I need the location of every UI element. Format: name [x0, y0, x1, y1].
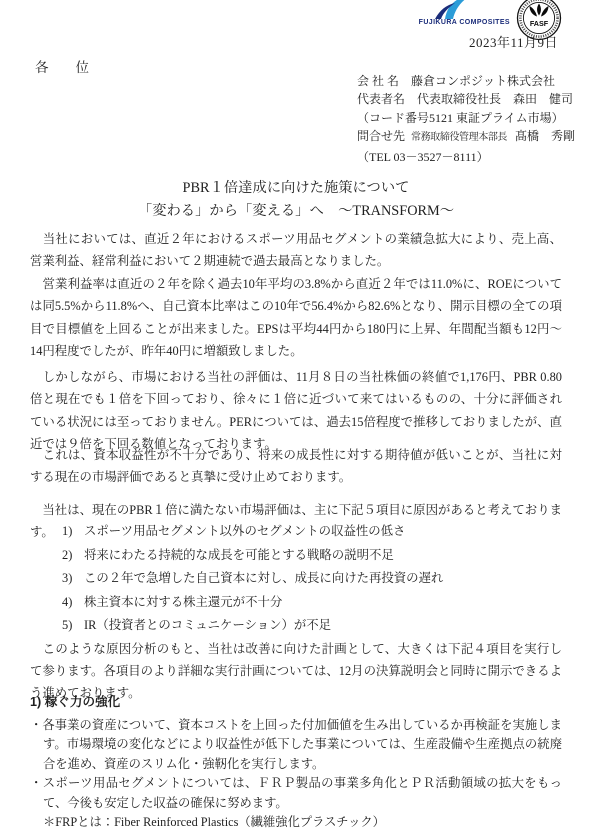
cause-item-2: 2)将来にわたる持続的な成長を可能とする戦略の説明不足 — [62, 544, 562, 568]
press-release-page: FUJIKURA COMPOSITES FASF 2023年11月9日 各 位 … — [0, 0, 592, 831]
fujikura-logo-text: FUJIKURA COMPOSITES — [419, 19, 510, 26]
paragraph-acknowledgement-text: これは、資本収益性が不十分であり、将来の成長性に対する期待値が低いことが、当社に… — [30, 444, 562, 489]
bullet-marker: ・ — [30, 776, 43, 790]
contact-row: 問合せ先常務取締役管理本部長髙橋 秀剛 — [357, 127, 575, 147]
fujikura-composites-logo: FUJIKURA COMPOSITES — [419, 0, 510, 26]
bullet-marker: ・ — [30, 718, 42, 732]
cause-item-5: 5)IR（投資者とのコミュニケーション）が不足 — [62, 614, 562, 638]
bullet-text: スポーツ用品セグメントについては、ＦＲＰ製品の事業多角化とＰＲ活動領域の拡大をも… — [43, 776, 562, 809]
company-name-row: 会 社 名 藤倉コンポジット株式会社 — [357, 72, 575, 90]
cause-item-1: 1)スポーツ用品セグメント以外のセグメントの収益性の低さ — [62, 520, 562, 544]
paragraph-market-valuation-text: しかしながら、市場における当社の評価は、11月８日の当社株価の終値で1,176円… — [30, 366, 562, 456]
cause-text: この２年で急増した自己資本に対し、成長に向けた再投資の遅れ — [84, 571, 443, 585]
document-title-line1: PBR１倍達成に向けた施策について — [183, 180, 410, 196]
cause-list: 1)スポーツ用品セグメント以外のセグメントの収益性の低さ 2)将来にわたる持続的… — [30, 520, 562, 638]
contact-title: 常務取締役管理本部長 — [411, 132, 507, 143]
telephone-row: （TEL 03－3527－8111） — [357, 148, 575, 166]
cause-text: スポーツ用品セグメント以外のセグメントの収益性の低さ — [84, 524, 405, 538]
fujikura-swoosh-icon — [427, 0, 501, 21]
bullet-text: 各事業の資産について、資本コストを上回った付加価値を生み出しているか再検証を実施… — [42, 718, 562, 771]
salutation: 各 位 — [35, 56, 89, 76]
cause-number: 1) — [62, 520, 84, 544]
section-bullet-1: ・各事業の資産について、資本コストを上回った付加価値を生み出しているか再検証を実… — [30, 716, 562, 774]
stock-code-row: （コード番号5121 東証プライム市場） — [357, 109, 575, 127]
section-heading: 1) 稼ぐ力の強化 — [30, 694, 562, 710]
cause-text: IR（投資者とのコミュニケーション）が不足 — [84, 618, 331, 632]
representative-row: 代表者名 代表取締役社長 森田 健司 — [357, 90, 575, 108]
frp-footnote: ＊FRPとは：Fiber Reinforced Plastics（繊維強化プラス… — [30, 813, 562, 831]
section-earning-power: 1) 稼ぐ力の強化 ・各事業の資産について、資本コストを上回った付加価値を生み出… — [30, 694, 562, 831]
company-info-block: 会 社 名 藤倉コンポジット株式会社 代表者名 代表取締役社長 森田 健司 （コ… — [357, 72, 575, 166]
cause-text: 株主資本に対する株主還元が不十分 — [84, 595, 282, 609]
fasf-logo-text: FASF — [530, 19, 549, 28]
paragraph-results: 当社においては、直近２年におけるスポーツ用品セグメントの業績急拡大により、売上高… — [30, 228, 562, 273]
paragraph-metrics: 営業利益率は直近の２年を除く過去10年平均の3.8%から直近２年では11.0%に… — [30, 273, 562, 363]
intro-paragraphs: 当社においては、直近２年におけるスポーツ用品セグメントの業績急拡大により、売上高… — [30, 228, 562, 362]
paragraph-market-valuation: しかしながら、市場における当社の評価は、11月８日の当社株価の終値で1,176円… — [30, 366, 562, 456]
cause-number: 5) — [62, 614, 84, 638]
cause-number: 4) — [62, 591, 84, 615]
cause-text: 将来にわたる持続的な成長を可能とする戦略の説明不足 — [84, 548, 394, 562]
cause-item-4: 4)株主資本に対する株主還元が不十分 — [62, 591, 562, 615]
section-bullet-2: ・スポーツ用品セグメントについては、ＦＲＰ製品の事業多角化とＰＲ活動領域の拡大を… — [30, 774, 562, 813]
cause-item-3: 3)この２年で急増した自己資本に対し、成長に向けた再投資の遅れ — [62, 567, 562, 591]
cause-number: 2) — [62, 544, 84, 568]
paragraph-acknowledgement: これは、資本収益性が不十分であり、将来の成長性に対する期待値が低いことが、当社に… — [30, 444, 562, 489]
release-date: 2023年11月9日 — [469, 32, 558, 51]
document-title-line2: 「変わる」から「変える」へ ～TRANSFORM～ — [138, 203, 454, 219]
contact-name: 髙橋 秀剛 — [515, 129, 575, 143]
document-title: PBR１倍達成に向けた施策について「変わる」から「変える」へ ～TRANSFOR… — [0, 177, 592, 223]
cause-number: 3) — [62, 567, 84, 591]
contact-label: 問合せ先 — [357, 129, 405, 143]
